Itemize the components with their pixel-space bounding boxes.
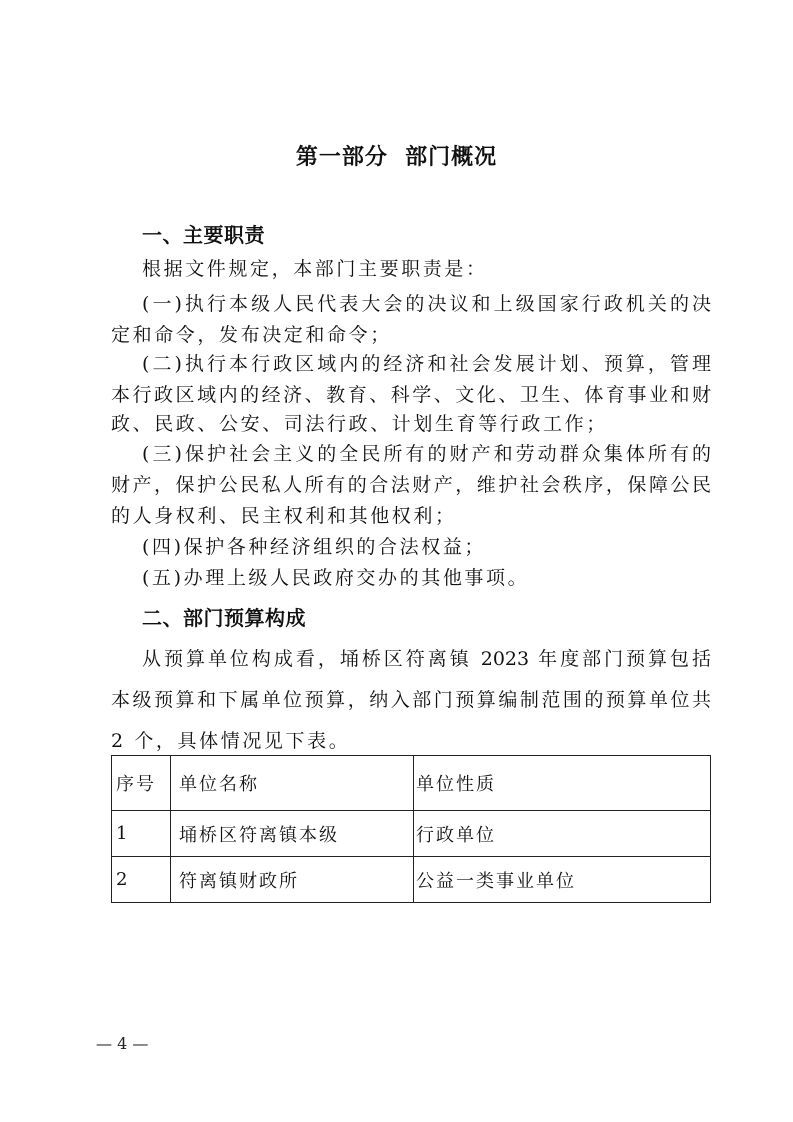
- duty-line: (二)执行本行政区域内的经济和社会发展计划、预算，管理: [142, 350, 711, 378]
- duty-line: (五)办理上级人民政府交办的其他事项。: [142, 564, 742, 592]
- budget-paragraph-line: 2 个，具体情况见下表。: [111, 727, 711, 755]
- header-index: 序号: [112, 756, 171, 811]
- page-number: — 4 —: [96, 1034, 148, 1053]
- cell-unit-name: 符离镇财政所: [171, 857, 414, 903]
- duty-line: (四)保护各种经济组织的合法权益；: [142, 533, 742, 561]
- cell-unit-type: 行政单位: [414, 811, 711, 857]
- table-row: 1 埇桥区符离镇本级 行政单位: [112, 811, 711, 857]
- section-heading-duties: 一、主要职责: [142, 221, 742, 249]
- duty-line: 财产，保护公民私人所有的合法财产，维护社会秩序，保障公民: [111, 471, 711, 499]
- table-row: 2 符离镇财政所 公益一类事业单位: [112, 857, 711, 903]
- budget-units-table: 序号 单位名称 单位性质 1 埇桥区符离镇本级 行政单位 2 符离镇财政所 公益…: [111, 755, 711, 903]
- page-title: 第一部分 部门概况: [0, 140, 793, 171]
- duty-line: 本行政区域内的经济、教育、科学、文化、卫生、体育事业和财: [111, 381, 711, 409]
- table-header-row: 序号 单位名称 单位性质: [112, 756, 711, 811]
- header-unit-type: 单位性质: [414, 756, 711, 811]
- duty-line: 政、民政、公安、司法行政、计划生育等行政工作；: [111, 410, 711, 438]
- header-unit-name: 单位名称: [171, 756, 414, 811]
- cell-unit-name: 埇桥区符离镇本级: [171, 811, 414, 857]
- duty-line: (三)保护社会主义的全民所有的财产和劳动群众集体所有的: [142, 440, 711, 468]
- duty-line: (一)执行本级人民代表大会的决议和上级国家行政机关的决: [142, 290, 711, 318]
- section-heading-budget: 二、部门预算构成: [142, 604, 742, 632]
- cell-unit-type: 公益一类事业单位: [414, 857, 711, 903]
- budget-paragraph-line: 从预算单位构成看，埇桥区符离镇 2023 年度部门预算包括: [142, 645, 711, 673]
- duty-line: 定和命令，发布决定和命令；: [111, 321, 711, 349]
- duty-line: 的人身权利、民主权利和其他权利；: [111, 502, 711, 530]
- budget-paragraph-line: 本级预算和下属单位预算，纳入部门预算编制范围的预算单位共: [111, 686, 711, 714]
- cell-index: 1: [112, 811, 171, 857]
- paragraph-intro: 根据文件规定，本部门主要职责是：: [142, 255, 742, 283]
- cell-index: 2: [112, 857, 171, 903]
